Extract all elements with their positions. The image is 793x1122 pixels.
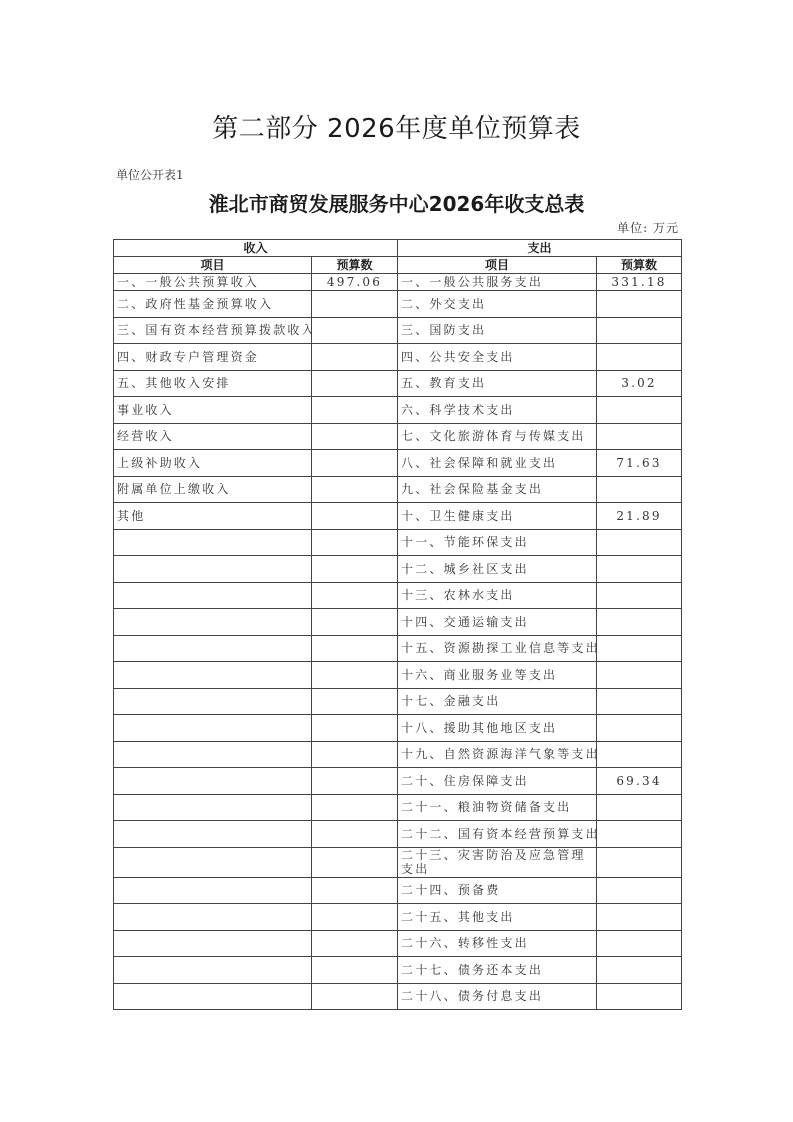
- expense-amount-cell: 71.63: [597, 450, 682, 477]
- part-title: 第二部分 2026年度单位预算表: [0, 108, 793, 145]
- expense-amount-cell: [597, 877, 682, 904]
- expense-amount-cell: [597, 397, 682, 424]
- income-amount-cell: [312, 821, 398, 848]
- expense-item-cell: 六、科学技术支出: [398, 397, 597, 424]
- expense-item-cell: 十二、城乡社区支出: [398, 556, 597, 583]
- expense-item-cell: 十七、金融支出: [398, 688, 597, 715]
- income-amount-cell: 497.06: [312, 274, 398, 291]
- expense-item-cell: 十六、商业服务业等支出: [398, 662, 597, 689]
- table-row: 二、政府性基金预算收入二、外交支出: [114, 291, 682, 318]
- income-item-cell: [114, 957, 312, 984]
- expense-amount-cell: [597, 556, 682, 583]
- income-amount-cell: [312, 450, 398, 477]
- income-amount-cell: [312, 317, 398, 344]
- expense-item-cell: 十四、交通运输支出: [398, 609, 597, 636]
- table-row: 十八、援助其他地区支出: [114, 715, 682, 742]
- expense-amount-cell: [597, 904, 682, 931]
- expense-item-cell: 二十、住房保障支出: [398, 768, 597, 795]
- expense-item-cell: 十一、节能环保支出: [398, 529, 597, 556]
- income-item-cell: [114, 662, 312, 689]
- table-row: 五、其他收入安排五、教育支出3.02: [114, 370, 682, 397]
- expense-amount-cell: [597, 715, 682, 742]
- table-row: 四、财政专户管理资金四、公共安全支出: [114, 344, 682, 371]
- income-item-cell: 上级补助收入: [114, 450, 312, 477]
- expense-amount-cell: [597, 741, 682, 768]
- income-amount-cell: [312, 529, 398, 556]
- expense-item-cell: 十、卫生健康支出: [398, 503, 597, 530]
- expense-amount-cell: [597, 423, 682, 450]
- income-item-cell: 五、其他收入安排: [114, 370, 312, 397]
- expense-item-cell: 四、公共安全支出: [398, 344, 597, 371]
- income-amount-cell: [312, 635, 398, 662]
- income-item-cell: [114, 556, 312, 583]
- expense-amount-cell: [597, 609, 682, 636]
- expense-item-cell: 二十六、转移性支出: [398, 930, 597, 957]
- expense-amount-cell: [597, 983, 682, 1010]
- expense-amount-cell: [597, 821, 682, 848]
- expense-amount-cell: [597, 662, 682, 689]
- income-item-cell: [114, 529, 312, 556]
- expense-item-cell: 十九、自然资源海洋气象等支出: [398, 741, 597, 768]
- expense-item-cell: 二十八、债务付息支出: [398, 983, 597, 1010]
- income-item-cell: [114, 794, 312, 821]
- budget-summary-table: 收入 支出 项目 预算数 项目 预算数 一、一般公共预算收入497.06一、一般…: [113, 239, 682, 1010]
- expense-item-cell: 十五、资源勘探工业信息等支出: [398, 635, 597, 662]
- expense-amount-cell: [597, 957, 682, 984]
- expense-item-cell: 二十七、债务还本支出: [398, 957, 597, 984]
- income-amount-cell: [312, 370, 398, 397]
- table-row: 经营收入七、文化旅游体育与传媒支出: [114, 423, 682, 450]
- income-item-cell: 二、政府性基金预算收入: [114, 291, 312, 318]
- expense-amount-cell: [597, 688, 682, 715]
- income-header: 收入: [114, 240, 398, 257]
- income-item-header: 项目: [114, 257, 312, 274]
- income-item-cell: [114, 741, 312, 768]
- income-item-cell: [114, 582, 312, 609]
- income-item-cell: [114, 983, 312, 1010]
- income-amount-cell: [312, 476, 398, 503]
- expense-header: 支出: [398, 240, 682, 257]
- table-row: 十三、农林水支出: [114, 582, 682, 609]
- expense-item-cell: 二十五、其他支出: [398, 904, 597, 931]
- table-row: 附属单位上缴收入九、社会保险基金支出: [114, 476, 682, 503]
- table-row: 十二、城乡社区支出: [114, 556, 682, 583]
- table-row: 二十七、债务还本支出: [114, 957, 682, 984]
- table-row: 二十五、其他支出: [114, 904, 682, 931]
- table-title: 淮北市商贸发展服务中心2026年收支总表: [0, 188, 793, 217]
- income-amount-cell: [312, 291, 398, 318]
- table-row: 十九、自然资源海洋气象等支出: [114, 741, 682, 768]
- expense-item-cell: 二十一、粮油物资储备支出: [398, 794, 597, 821]
- income-amount-cell: [312, 344, 398, 371]
- expense-item-cell: 七、文化旅游体育与传媒支出: [398, 423, 597, 450]
- table-row: 二十二、国有资本经营预算支出: [114, 821, 682, 848]
- income-amount-cell: [312, 397, 398, 424]
- income-amount-cell: [312, 741, 398, 768]
- expense-amount-cell: [597, 582, 682, 609]
- income-amount-cell: [312, 423, 398, 450]
- income-item-cell: [114, 635, 312, 662]
- income-item-cell: 三、国有资本经营预算拨款收入: [114, 317, 312, 344]
- income-item-cell: [114, 904, 312, 931]
- income-amount-cell: [312, 609, 398, 636]
- expense-item-header: 项目: [398, 257, 597, 274]
- table-row: 二十八、债务付息支出: [114, 983, 682, 1010]
- table-row: 二十一、粮油物资储备支出: [114, 794, 682, 821]
- table-row: 十七、金融支出: [114, 688, 682, 715]
- income-item-cell: 一、一般公共预算收入: [114, 274, 312, 291]
- income-amount-cell: [312, 957, 398, 984]
- income-item-cell: [114, 821, 312, 848]
- table-row: 事业收入六、科学技术支出: [114, 397, 682, 424]
- income-amount-cell: [312, 768, 398, 795]
- table-code: 单位公开表1: [116, 166, 184, 183]
- expense-item-cell: 十八、援助其他地区支出: [398, 715, 597, 742]
- expense-amount-cell: 3.02: [597, 370, 682, 397]
- expense-amount-cell: 21.89: [597, 503, 682, 530]
- expense-amount-cell: [597, 930, 682, 957]
- table-row: 二十六、转移性支出: [114, 930, 682, 957]
- expense-item-cell: 二、外交支出: [398, 291, 597, 318]
- table-row: 一、一般公共预算收入497.06一、一般公共服务支出331.18: [114, 274, 682, 291]
- income-amount-header: 预算数: [312, 257, 398, 274]
- income-amount-cell: [312, 662, 398, 689]
- table-row: 上级补助收入八、社会保障和就业支出71.63: [114, 450, 682, 477]
- expense-item-cell: 三、国防支出: [398, 317, 597, 344]
- income-amount-cell: [312, 794, 398, 821]
- income-item-cell: 附属单位上缴收入: [114, 476, 312, 503]
- expense-item-cell: 二十二、国有资本经营预算支出: [398, 821, 597, 848]
- income-item-cell: 其他: [114, 503, 312, 530]
- income-item-cell: [114, 688, 312, 715]
- table-row: 十六、商业服务业等支出: [114, 662, 682, 689]
- expense-item-cell: 九、社会保险基金支出: [398, 476, 597, 503]
- expense-item-cell: 五、教育支出: [398, 370, 597, 397]
- table-row: 三、国有资本经营预算拨款收入三、国防支出: [114, 317, 682, 344]
- income-amount-cell: [312, 503, 398, 530]
- expense-item-cell: 十三、农林水支出: [398, 582, 597, 609]
- income-amount-cell: [312, 582, 398, 609]
- expense-amount-cell: [597, 344, 682, 371]
- income-amount-cell: [312, 983, 398, 1010]
- expense-item-cell: 二十三、灾害防治及应急管理支出: [398, 847, 597, 877]
- expense-amount-header: 预算数: [597, 257, 682, 274]
- income-item-cell: [114, 768, 312, 795]
- table-row: 十五、资源勘探工业信息等支出: [114, 635, 682, 662]
- table-row: 二十、住房保障支出69.34: [114, 768, 682, 795]
- expense-item-cell: 一、一般公共服务支出: [398, 274, 597, 291]
- table-row: 十一、节能环保支出: [114, 529, 682, 556]
- expense-amount-cell: 331.18: [597, 274, 682, 291]
- table-row: 其他十、卫生健康支出21.89: [114, 503, 682, 530]
- expense-item-cell: 二十四、预备费: [398, 877, 597, 904]
- income-amount-cell: [312, 930, 398, 957]
- income-amount-cell: [312, 847, 398, 877]
- expense-amount-cell: 69.34: [597, 768, 682, 795]
- expense-amount-cell: [597, 476, 682, 503]
- expense-amount-cell: [597, 529, 682, 556]
- income-item-cell: [114, 930, 312, 957]
- income-item-cell: 四、财政专户管理资金: [114, 344, 312, 371]
- income-amount-cell: [312, 688, 398, 715]
- expense-amount-cell: [597, 794, 682, 821]
- table-row: 十四、交通运输支出: [114, 609, 682, 636]
- expense-item-cell: 八、社会保障和就业支出: [398, 450, 597, 477]
- income-item-cell: [114, 847, 312, 877]
- income-amount-cell: [312, 715, 398, 742]
- table-row: 二十三、灾害防治及应急管理支出: [114, 847, 682, 877]
- income-item-cell: [114, 715, 312, 742]
- expense-amount-cell: [597, 317, 682, 344]
- expense-amount-cell: [597, 847, 682, 877]
- unit-label: 单位: 万元: [617, 219, 679, 236]
- income-item-cell: 事业收入: [114, 397, 312, 424]
- table-row: 二十四、预备费: [114, 877, 682, 904]
- expense-amount-cell: [597, 635, 682, 662]
- income-item-cell: [114, 877, 312, 904]
- income-amount-cell: [312, 877, 398, 904]
- income-item-cell: 经营收入: [114, 423, 312, 450]
- income-item-cell: [114, 609, 312, 636]
- income-amount-cell: [312, 904, 398, 931]
- income-amount-cell: [312, 556, 398, 583]
- expense-amount-cell: [597, 291, 682, 318]
